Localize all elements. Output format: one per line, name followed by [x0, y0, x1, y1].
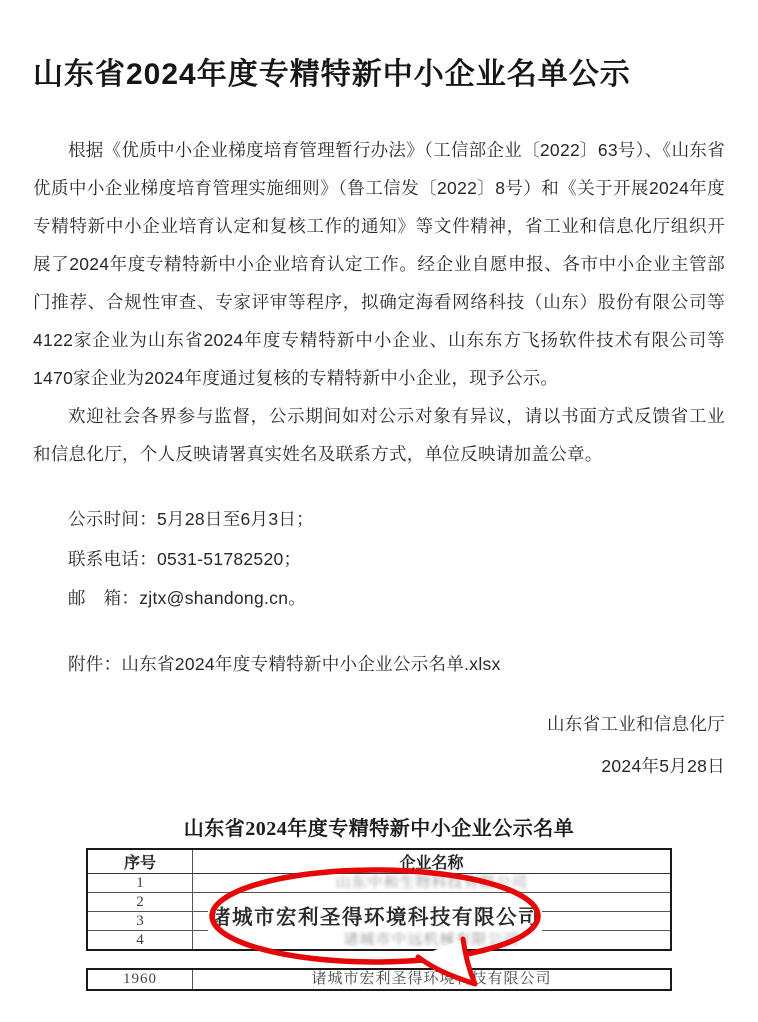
- page-title: 山东省2024年度专精特新中小企业名单公示: [33, 0, 725, 94]
- row-no: 2: [87, 893, 193, 912]
- paragraph-supervision: 欢迎社会各界参与监督，公示期间如对公示对象有异议，请以书面方式反馈省工业和信息化…: [33, 397, 725, 473]
- email-line: 邮 箱：zjtx@shandong.cn。: [33, 579, 725, 619]
- blurred-company-name: 诸城市中远机械有限公司: [343, 932, 519, 948]
- company-list-table-row-1960: 1960 诸城市宏利圣得环境科技有限公司: [86, 968, 672, 991]
- blurred-company-name: 山东中和生物科技有限公司: [335, 875, 527, 891]
- row-no: 1: [87, 874, 193, 893]
- signature-org: 山东省工业和信息化厅: [33, 703, 725, 745]
- header-company-name: 企业名称: [193, 849, 672, 874]
- paragraph-basis: 根据《优质中小企业梯度培育管理暂行办法》（工信部企业〔2022〕63号）、《山东…: [33, 131, 725, 397]
- table-row: 1 山东中和生物科技有限公司: [87, 874, 671, 893]
- company-name: 诸城市宏利圣得环境科技有限公司: [193, 969, 672, 990]
- publicity-time-line: 公示时间：5月28日至6月3日；: [33, 500, 725, 540]
- signature-date: 2024年5月28日: [33, 745, 725, 787]
- row-no: 4: [87, 931, 193, 951]
- table-row: 1960 诸城市宏利圣得环境科技有限公司: [87, 969, 671, 990]
- phone-line: 联系电话：0531-51782520；: [33, 540, 725, 580]
- row-no: 3: [87, 912, 193, 931]
- signature-block: 山东省工业和信息化厅 2024年5月28日: [33, 703, 725, 787]
- highlighted-company-name: 诸城市宏利圣得环境科技有限公司: [208, 899, 542, 931]
- list-table-image: 山东省2024年度专精特新中小企业公示名单 序号 企业名称 1 山东中和生物科技…: [86, 814, 672, 1014]
- list-table-title: 山东省2024年度专精特新中小企业公示名单: [86, 816, 672, 842]
- header-serial-number: 序号: [87, 849, 193, 874]
- table-header-row: 序号 企业名称: [87, 849, 671, 874]
- attachment-link[interactable]: 附件：山东省2024年度专精特新中小企业公示名单.xlsx: [33, 645, 725, 683]
- table-row: 4 诸城市中远机械有限公司: [87, 931, 671, 951]
- contact-block: 公示时间：5月28日至6月3日； 联系电话：0531-51782520； 邮 箱…: [33, 500, 725, 619]
- row-no: 1960: [87, 969, 193, 990]
- announcement-page: 山东省2024年度专精特新中小企业名单公示 根据《优质中小企业梯度培育管理暂行办…: [0, 0, 758, 1022]
- document-body: 山东省2024年度专精特新中小企业名单公示 根据《优质中小企业梯度培育管理暂行办…: [0, 0, 758, 787]
